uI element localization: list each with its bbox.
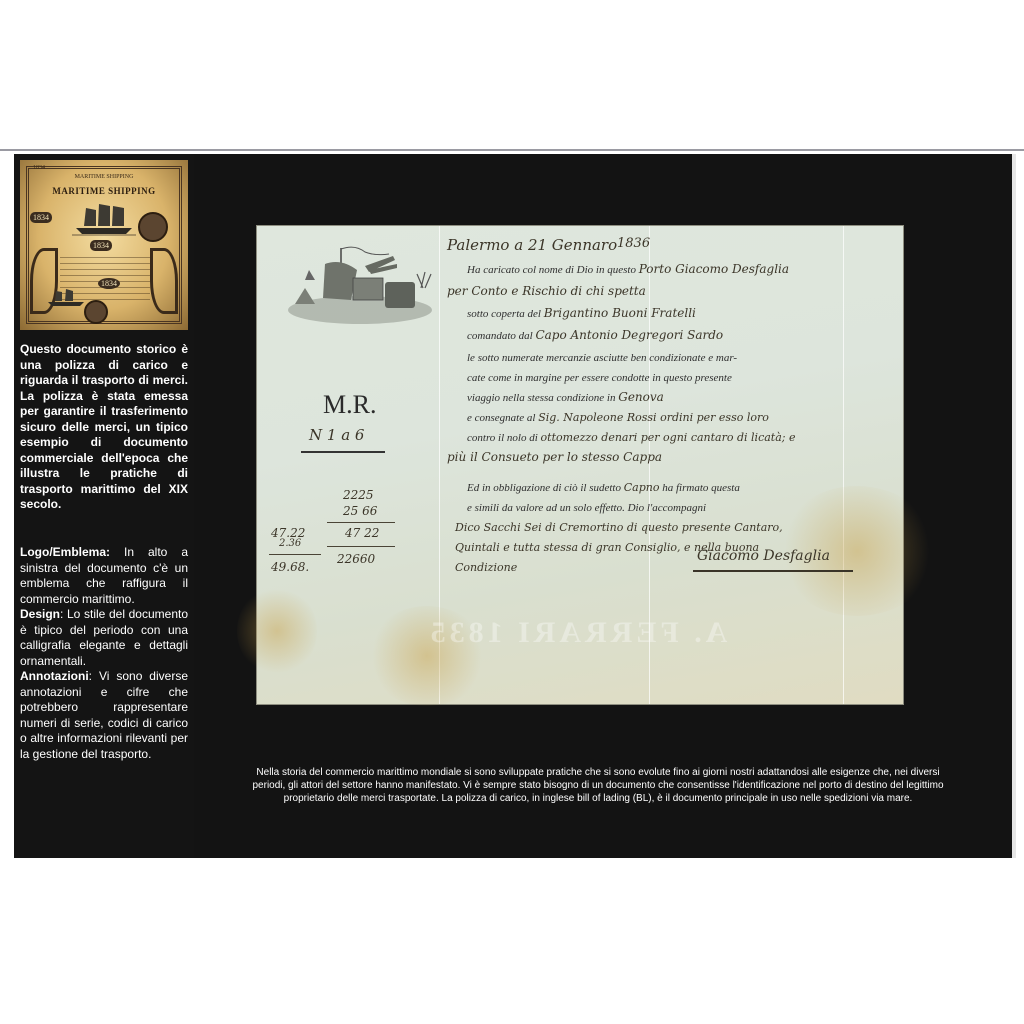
body-line: contro il nolo di ottomezzo denari per o… bbox=[467, 428, 897, 448]
body-line: Dico Sacchi Sei di Cremortino di questo … bbox=[455, 518, 885, 538]
cargo-mark: M.R. bbox=[323, 390, 376, 420]
figure: 2225 bbox=[343, 488, 374, 502]
emblem-banner-text: MARITIME SHIPPING bbox=[50, 186, 158, 196]
emblem-year-top: 1834 bbox=[30, 164, 48, 172]
place-date: Palermo a 21 Gennaro bbox=[447, 236, 617, 254]
note-logo: Logo/Emblema: In alto a sinistra del doc… bbox=[20, 545, 188, 607]
body-line: e simili da valore ad un solo effetto. D… bbox=[467, 498, 897, 518]
emblem-seal-bottom bbox=[84, 300, 108, 324]
emblem-year-center: 1834 bbox=[90, 240, 112, 251]
note-logo-label: Logo/Emblema: bbox=[20, 545, 110, 559]
emblem-year-seal: 1834 bbox=[98, 278, 120, 289]
body-line: viaggio nella stessa condizione in Genov… bbox=[467, 388, 897, 408]
emblem-year-left: 1834 bbox=[30, 212, 52, 223]
emblem-arc-text: MARITIME SHIPPING bbox=[56, 174, 152, 180]
note-design-label: Design bbox=[20, 607, 60, 621]
body-line: comandato dal Capo Antonio Degregori Sar… bbox=[467, 326, 897, 348]
body-line: per Conto e Rischio di chi spetta bbox=[447, 282, 877, 304]
bill-of-lading-document: A. FERRARI 1835 Palermo a 21 Gennaro 183… bbox=[257, 226, 903, 704]
sidebar-notes: Logo/Emblema: In alto a sinistra del doc… bbox=[20, 545, 188, 762]
body-line: sotto coperta del Brigantino Buoni Frate… bbox=[467, 304, 897, 326]
harbor-engraving-icon bbox=[285, 244, 435, 326]
sailing-ship-icon bbox=[72, 202, 136, 236]
caption-line: proprietario delle merci trasportate. La… bbox=[228, 792, 968, 805]
document-year: 1836 bbox=[617, 236, 650, 251]
ornament-right bbox=[150, 248, 178, 314]
sum-line bbox=[327, 522, 395, 523]
emblem-seal-right bbox=[138, 212, 168, 242]
note-annotations: Annotazioni: Vi sono diverse annotazioni… bbox=[20, 669, 188, 762]
cargo-range: N 1 a 6 bbox=[309, 426, 364, 444]
body-line: cate come in margine per essere condotte… bbox=[467, 368, 897, 388]
note-annotations-label: Annotazioni bbox=[20, 669, 89, 683]
small-ship-icon bbox=[46, 288, 86, 308]
caption-text: Nella storia del commercio marittimo mon… bbox=[228, 766, 968, 805]
caption-line: Nella storia del commercio marittimo mon… bbox=[228, 766, 968, 779]
note-design: Design: Lo stile del documento è tipico … bbox=[20, 607, 188, 669]
paper-watermark: A. FERRARI 1835 bbox=[277, 616, 877, 650]
body-line: le sotto numerate mercanzie asciutte ben… bbox=[467, 348, 897, 368]
sum-line bbox=[269, 554, 321, 555]
body-line: più il Consueto per lo stesso Cappa bbox=[447, 448, 877, 478]
body-line: Ed in obbligazione di ciò il sudetto Cap… bbox=[467, 478, 897, 498]
signature: Giacomo Desfaglia bbox=[697, 548, 830, 564]
page-top-rule bbox=[0, 149, 1024, 151]
sum-line bbox=[327, 546, 395, 547]
mark-underline bbox=[301, 451, 385, 453]
figure: 2.36 bbox=[279, 538, 301, 549]
document-body: Ha caricato col nome di Dio in questo Po… bbox=[467, 260, 897, 578]
sidebar-intro-text: Questo documento storico è una polizza d… bbox=[20, 342, 188, 513]
signature-flourish bbox=[693, 570, 853, 572]
caption-line: periodi, gli attori del settore hanno ma… bbox=[228, 779, 968, 792]
figure: 47 22 bbox=[345, 526, 379, 540]
body-line: e consegnate al Sig. Napoleone Rossi ord… bbox=[467, 408, 897, 428]
figure: 22660 bbox=[337, 552, 375, 566]
figure: 49.68. bbox=[271, 560, 309, 574]
body-line: Ha caricato col nome di Dio in questo Po… bbox=[467, 260, 897, 282]
maritime-shipping-emblem-image: MARITIME SHIPPING MARITIME SHIPPING 1834… bbox=[20, 160, 188, 330]
figure: 25 66 bbox=[343, 504, 377, 518]
